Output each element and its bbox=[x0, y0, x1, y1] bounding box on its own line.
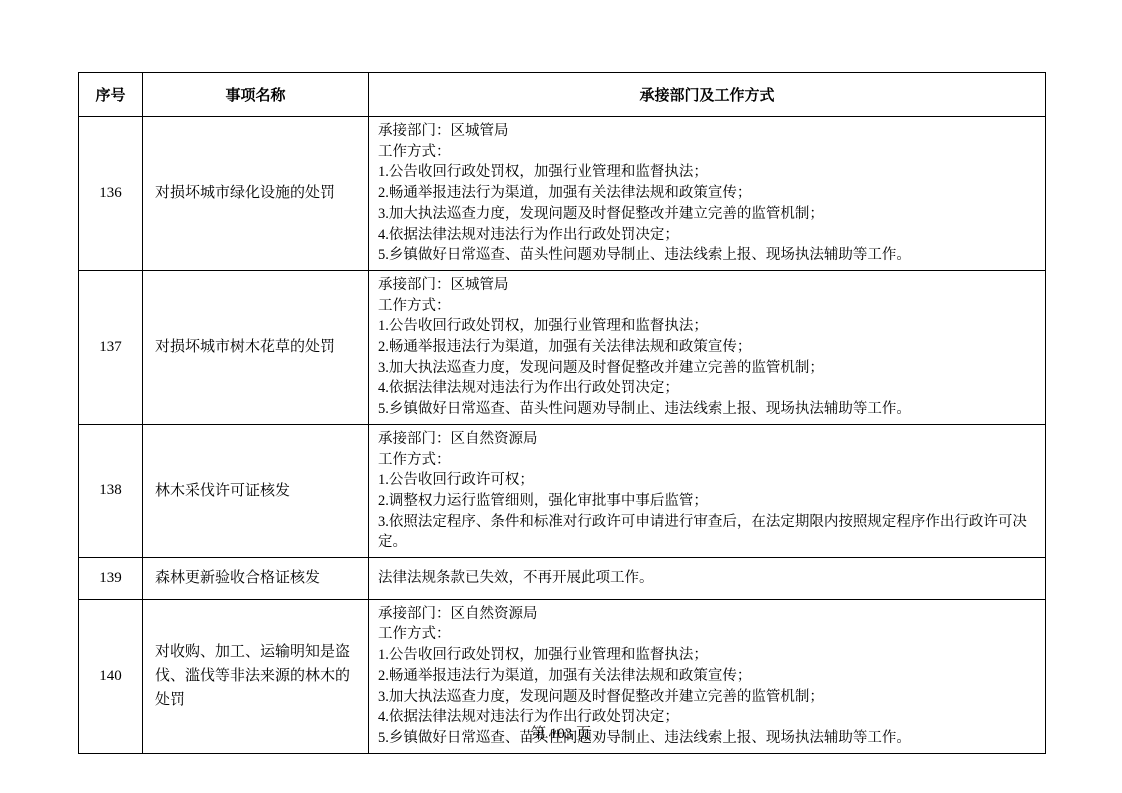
row-index: 136 bbox=[79, 117, 143, 271]
table-row-136: 136 对损坏城市绿化设施的处罚 承接部门：区城管局工作方式：1.公告收回行政处… bbox=[79, 117, 1046, 271]
header-row: 序号 事项名称 承接部门及工作方式 bbox=[79, 73, 1046, 117]
detail-line: 2.畅通举报违法行为渠道，加强有关法律法规和政策宣传； bbox=[378, 183, 1036, 204]
row-details: 法律法规条款已失效，不再开展此项工作。 bbox=[369, 558, 1046, 600]
row-item-name: 对损坏城市树木花草的处罚 bbox=[143, 270, 369, 424]
detail-line: 承接部门：区城管局 bbox=[378, 121, 1036, 142]
col-header-index: 序号 bbox=[79, 73, 143, 117]
detail-line: 1.公告收回行政处罚权，加强行业管理和监督执法； bbox=[378, 316, 1036, 337]
document-page: 序号 事项名称 承接部门及工作方式 136 对损坏城市绿化设施的处罚 承接部门：… bbox=[0, 0, 1122, 793]
detail-line: 承接部门：区自然资源局 bbox=[378, 604, 1036, 625]
page-number: 第 103 页 bbox=[0, 722, 1122, 743]
detail-line: 1.公告收回行政处罚权，加强行业管理和监督执法； bbox=[378, 645, 1036, 666]
row-item-name: 森林更新验收合格证核发 bbox=[143, 558, 369, 600]
table-row-139: 139 森林更新验收合格证核发 法律法规条款已失效，不再开展此项工作。 bbox=[79, 558, 1046, 600]
detail-line: 工作方式： bbox=[378, 296, 1036, 317]
row-details: 承接部门：区城管局工作方式：1.公告收回行政处罚权，加强行业管理和监督执法；2.… bbox=[369, 117, 1046, 271]
row-details: 承接部门：区城管局工作方式：1.公告收回行政处罚权，加强行业管理和监督执法；2.… bbox=[369, 270, 1046, 424]
row-index: 137 bbox=[79, 270, 143, 424]
row-details: 承接部门：区自然资源局工作方式：1.公告收回行政许可权；2.调整权力运行监管细则… bbox=[369, 424, 1046, 557]
col-header-item-name: 事项名称 bbox=[143, 73, 369, 117]
detail-line: 1.公告收回行政许可权； bbox=[378, 470, 1036, 491]
detail-line: 2.畅通举报违法行为渠道，加强有关法律法规和政策宣传； bbox=[378, 337, 1036, 358]
detail-line: 承接部门：区自然资源局 bbox=[378, 429, 1036, 450]
detail-line: 5.乡镇做好日常巡查、苗头性问题劝导制止、违法线索上报、现场执法辅助等工作。 bbox=[378, 245, 1036, 266]
detail-line: 4.依据法律法规对违法行为作出行政处罚决定； bbox=[378, 378, 1036, 399]
detail-line: 工作方式： bbox=[378, 142, 1036, 163]
detail-line: 3.加大执法巡查力度，发现问题及时督促整改并建立完善的监管机制； bbox=[378, 358, 1036, 379]
detail-line: 工作方式： bbox=[378, 624, 1036, 645]
detail-line: 1.公告收回行政处罚权，加强行业管理和监督执法； bbox=[378, 162, 1036, 183]
detail-line: 4.依据法律法规对违法行为作出行政处罚决定； bbox=[378, 225, 1036, 246]
table-row-137: 137 对损坏城市树木花草的处罚 承接部门：区城管局工作方式：1.公告收回行政处… bbox=[79, 270, 1046, 424]
detail-line: 5.乡镇做好日常巡查、苗头性问题劝导制止、违法线索上报、现场执法辅助等工作。 bbox=[378, 399, 1036, 420]
row-item-name: 对损坏城市绿化设施的处罚 bbox=[143, 117, 369, 271]
matters-table: 序号 事项名称 承接部门及工作方式 136 对损坏城市绿化设施的处罚 承接部门：… bbox=[78, 72, 1046, 754]
table-row-138: 138 林木采伐许可证核发 承接部门：区自然资源局工作方式：1.公告收回行政许可… bbox=[79, 424, 1046, 557]
detail-line: 2.畅通举报违法行为渠道，加强有关法律法规和政策宣传； bbox=[378, 666, 1036, 687]
detail-line: 3.依照法定程序、条件和标准对行政许可申请进行审查后，在法定期限内按照规定程序作… bbox=[378, 512, 1036, 553]
table-body: 136 对损坏城市绿化设施的处罚 承接部门：区城管局工作方式：1.公告收回行政处… bbox=[79, 117, 1046, 754]
matters-table-container: 序号 事项名称 承接部门及工作方式 136 对损坏城市绿化设施的处罚 承接部门：… bbox=[78, 72, 1046, 754]
row-item-name: 林木采伐许可证核发 bbox=[143, 424, 369, 557]
detail-line: 工作方式： bbox=[378, 450, 1036, 471]
detail-line: 3.加大执法巡查力度，发现问题及时督促整改并建立完善的监管机制； bbox=[378, 687, 1036, 708]
col-header-department-method: 承接部门及工作方式 bbox=[369, 73, 1046, 117]
detail-line: 法律法规条款已失效，不再开展此项工作。 bbox=[378, 568, 1036, 589]
detail-line: 2.调整权力运行监管细则，强化审批事中事后监管； bbox=[378, 491, 1036, 512]
detail-line: 3.加大执法巡查力度，发现问题及时督促整改并建立完善的监管机制； bbox=[378, 204, 1036, 225]
table-header: 序号 事项名称 承接部门及工作方式 bbox=[79, 73, 1046, 117]
row-index: 139 bbox=[79, 558, 143, 600]
row-index: 138 bbox=[79, 424, 143, 557]
detail-line: 承接部门：区城管局 bbox=[378, 275, 1036, 296]
